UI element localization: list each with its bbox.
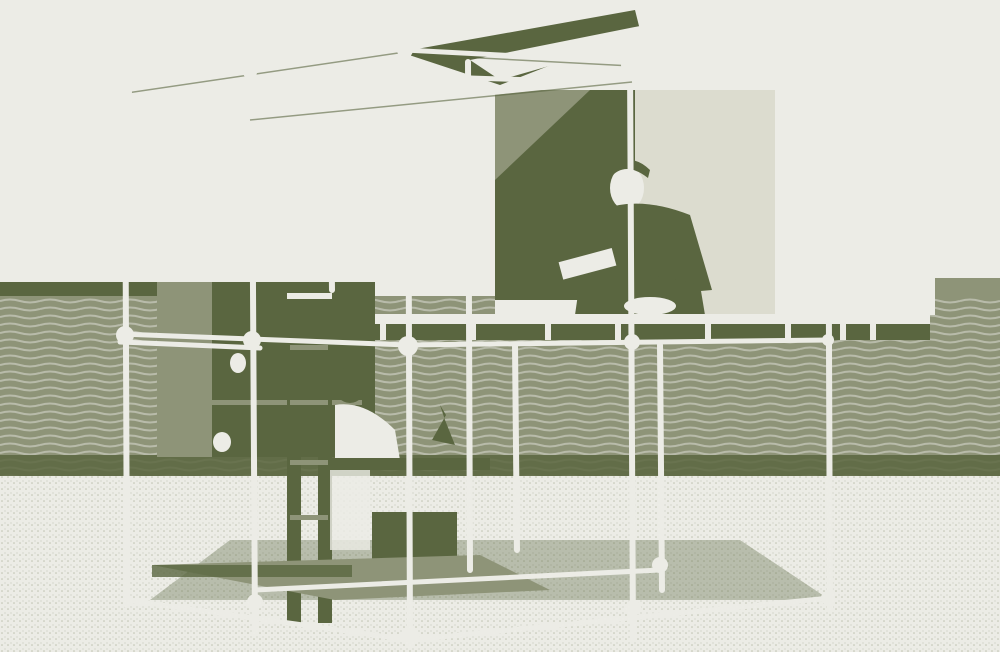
far-shore	[0, 282, 160, 296]
photo-scene	[0, 0, 1000, 652]
